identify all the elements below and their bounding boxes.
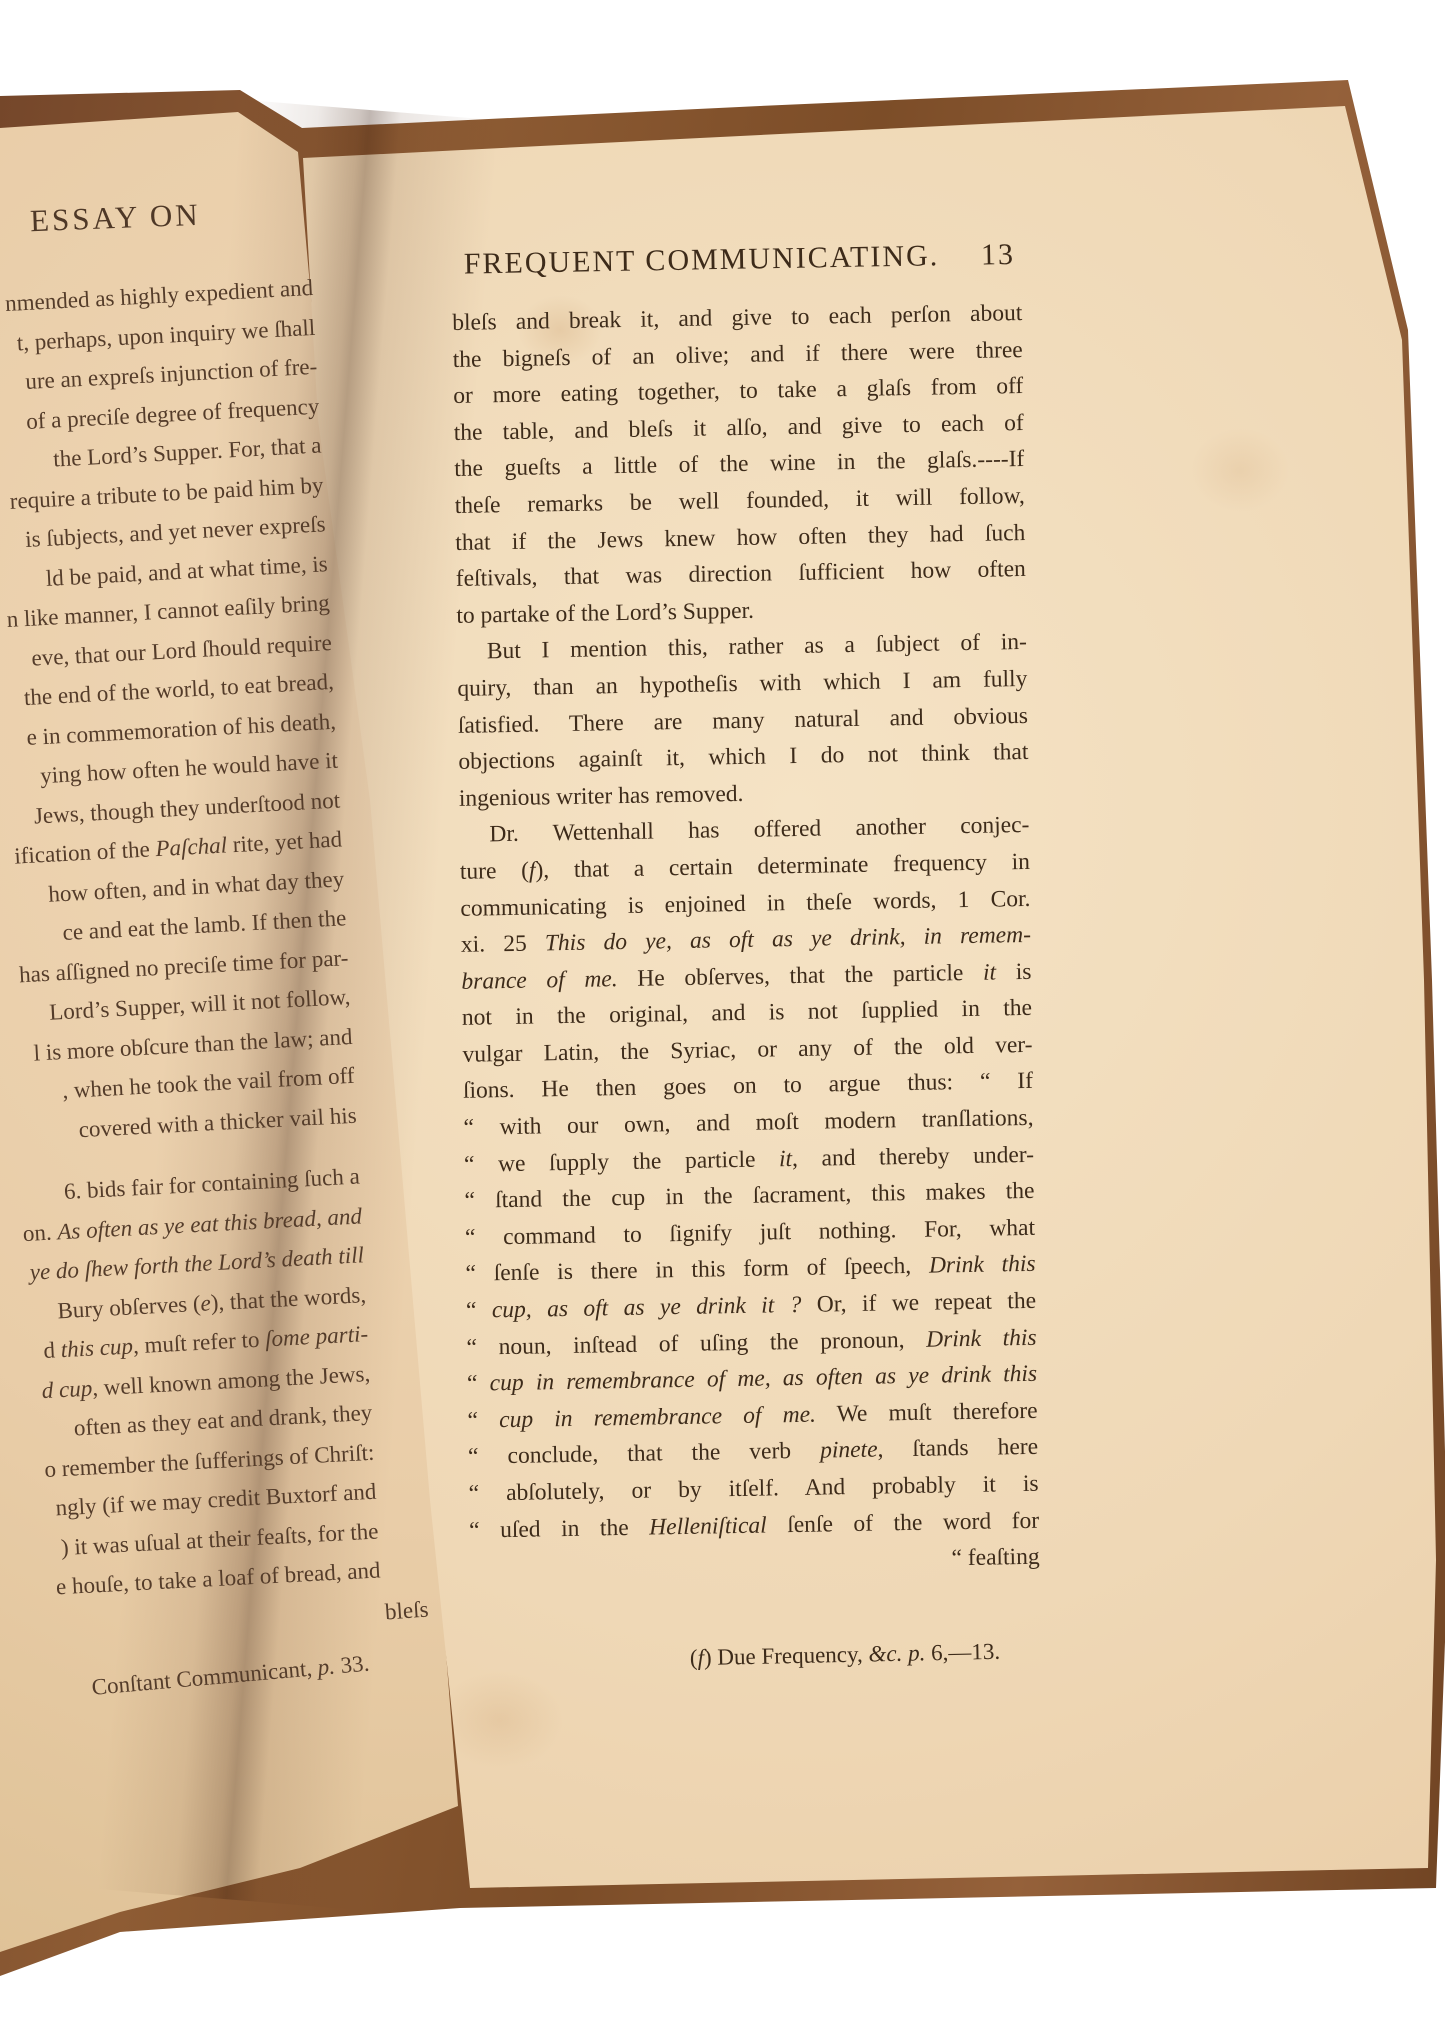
text-segment: But I mention this, rather as a ſubject … [487, 629, 1027, 664]
text-segment: ), that a certain determinate frequency … [535, 849, 1030, 884]
text-segment: pinete [820, 1437, 878, 1464]
left-running-head: ESSAY ON [29, 197, 201, 240]
text-segment: “ with our own, and moſt modern tranſlat… [463, 1105, 1033, 1141]
text-segment: it [983, 959, 996, 985]
text-segment: d [43, 1337, 62, 1363]
text-segment: 33. [334, 1651, 371, 1679]
text-segment: communicating is enjoined in theſe words… [460, 885, 1030, 921]
text-segment: Dr. Wettenhall has offered another conje… [489, 812, 1029, 847]
text-segment: p. [317, 1654, 336, 1680]
text-segment: cup in remembrance of me, as often as ye… [490, 1361, 1038, 1397]
text-segment: Helleniſtical [649, 1512, 767, 1540]
book-photo: ESSAY ON nmended as highly expedient and… [0, 0, 1445, 2023]
text-segment: theſe remarks be well founded, it will f… [455, 483, 1025, 519]
text-segment: this cup [60, 1333, 134, 1362]
right-page-text: bleſs and break it, and give to each per… [452, 295, 1040, 1585]
text-segment: “ we ſupply the particle [464, 1146, 779, 1177]
text-segment: “ conclude, that the verb [468, 1438, 820, 1470]
text-segment: ſions. He then goes on to argue thus: “ … [463, 1068, 1033, 1104]
text-segment: Or, if we repeat the [801, 1288, 1036, 1318]
text-segment: on. [22, 1219, 58, 1246]
text-segment: , well known among the Jews, [92, 1360, 371, 1399]
text-segment: We muſt therefore [816, 1398, 1038, 1428]
text-segment: the Lord’s Supper. For, that a [53, 433, 322, 472]
text-segment: or more eating together, to take a glaſs… [453, 373, 1023, 409]
text-segment: the bigneſs of an olive; and if there we… [453, 337, 1023, 373]
text-segment: 6,—13. [925, 1639, 1000, 1666]
text-segment: “ [467, 1371, 490, 1397]
text-segment: Paſchal [155, 832, 228, 861]
text-segment: This do ye, as oft as ye drink, in remem… [545, 922, 1031, 956]
text-segment: the gueſts a little of the wine in the g… [454, 446, 1024, 482]
text-segment: that if the Jews knew how often they had… [455, 520, 1025, 556]
text-segment: feſtivals, that was direction ſufficient… [456, 556, 1026, 592]
text-segment: ſenſe of the word for [766, 1507, 1039, 1538]
text-segment: xi. 25 [461, 930, 545, 957]
text-segment: ture ( [460, 858, 529, 885]
text-segment: to partake of the Lord’s Supper. [456, 597, 754, 628]
text-segment: “ ſenſe is there in this form of ſpeech, [465, 1253, 929, 1287]
text-segment: ) Due Frequency, [704, 1642, 869, 1670]
text-segment: vulgar Latin, the Syriac, or any of the … [462, 1032, 1032, 1068]
text-segment: &c. p. [868, 1640, 925, 1666]
text-segment: is [996, 959, 1032, 986]
text-segment: objections againſt it, which I do not th… [458, 739, 1028, 775]
text-segment: , ſtands here [877, 1434, 1038, 1463]
text-segment: “ [467, 1407, 499, 1434]
text-segment: “ feaſting [951, 1544, 1039, 1572]
text-segment: quiry, than an hypotheſis with which I a… [457, 666, 1027, 702]
text-segment: d cup [41, 1375, 93, 1403]
text-segment: ingenious writer has removed. [459, 781, 744, 812]
text-segment: “ ſtand the cup in the ſacrament, this m… [464, 1178, 1034, 1214]
text-segment: “ [466, 1297, 492, 1323]
text-segment: ſome parti- [264, 1321, 368, 1351]
text-segment: , muſt refer to [132, 1326, 266, 1358]
text-segment: brance of me. [461, 966, 618, 995]
text-segment: Drink this [926, 1324, 1037, 1352]
text-segment: ification of the [14, 836, 156, 868]
text-segment: ), that the words, [210, 1282, 367, 1315]
text-segment: the table, and bleſs it alſo, and give t… [454, 410, 1024, 446]
text-segment: Drink this [929, 1251, 1036, 1279]
text-segment: cup, as oft as ye drink it ? [492, 1292, 802, 1323]
text-segment: it [779, 1146, 792, 1172]
text-segment: covered with a thicker vail his [78, 1102, 357, 1141]
text-segment: “ command to ſignify juſt nothing. For, … [465, 1215, 1035, 1251]
text-segment: “ noun, inſtead of uſing the pronoun, [466, 1326, 926, 1360]
page-number: 13 [981, 238, 1016, 273]
text-segment: He obſerves, that the particle [617, 959, 983, 991]
text-segment: not in the original, and is not ſupplied… [462, 995, 1032, 1031]
text-segment: “ uſed in the [469, 1514, 649, 1543]
text-segment: Bury obſerves ( [57, 1290, 201, 1322]
text-segment: ſatisfied. There are many natural and ob… [458, 702, 1028, 738]
text-segment: “ abſolutely, or by itſelf. And probably… [468, 1471, 1038, 1507]
left-catchword: bleſs [384, 1597, 429, 1626]
text-segment: , and thereby under- [792, 1142, 1034, 1172]
text-segment: rite, yet had [226, 826, 342, 857]
text-segment: bleſs and break it, and give to each per… [452, 300, 1022, 336]
text-segment: cup in remembrance of me. [499, 1401, 816, 1433]
